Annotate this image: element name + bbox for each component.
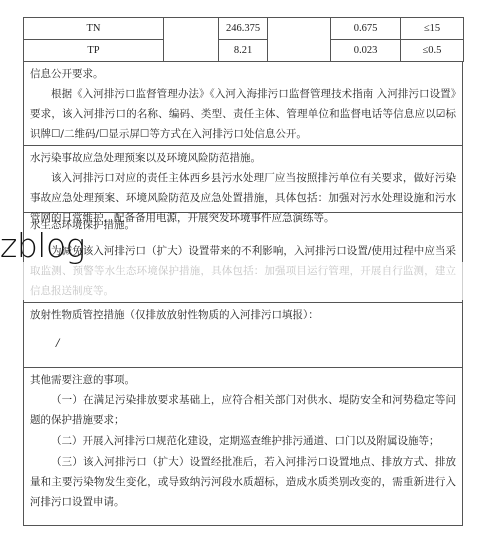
merged-cell — [164, 18, 219, 62]
section-emergency: 水污染事故应急处理预案以及环境风险防范措施。 该入河排污口对应的责任主体西乡县污… — [23, 146, 463, 213]
table-row: TN 246.375 0.675 ≤15 — [24, 18, 464, 40]
table-row: TP 8.21 0.023 ≤0.5 — [24, 40, 464, 62]
section-title: 水污染事故应急处理预案以及环境风险防范措施。 — [30, 148, 456, 168]
value1-cell: 246.375 — [219, 18, 268, 40]
section-info-disclosure: 信息公开要求。 根据《入河排污口监督管理办法》《入河入海排污口监督管理技术指南 … — [23, 62, 463, 146]
section-other: 其他需要注意的事项。 （一）在满足污染排放要求基础上，应符合相关部门对供水、堤防… — [23, 368, 463, 526]
list-item: （二）开展入河排污口规范化建设，定期巡查维护排污通道、口门以及附属设施等； — [30, 431, 456, 451]
value2-cell: 0.675 — [331, 18, 401, 40]
value2-cell: 0.023 — [331, 40, 401, 62]
merged-cell — [268, 18, 331, 62]
watermark-overlay — [0, 262, 500, 300]
list-item: （一）在满足污染排放要求基础上，应符合相关部门对供水、堤防安全和河势稳定等问题的… — [30, 390, 456, 430]
pollutant-table: TN 246.375 0.675 ≤15 TP 8.21 0.023 ≤0.5 — [23, 17, 464, 62]
section-title: 信息公开要求。 — [30, 64, 456, 84]
list-item: （三）该入河排污口（扩大）设置经批准后，若入河排污口设置地点、排放方式、排放量和… — [30, 452, 456, 512]
limit-cell: ≤15 — [401, 18, 464, 40]
section-radioactive: 放射性物质管控措施（仅排放放射性物质的入河排污口填报）： / — [23, 303, 463, 368]
param-cell: TN — [24, 18, 164, 40]
section-title: 放射性物质管控措施（仅排放放射性物质的入河排污口填报）： — [30, 305, 456, 325]
limit-cell: ≤0.5 — [401, 40, 464, 62]
param-cell: TP — [24, 40, 164, 62]
section-body: / — [30, 333, 456, 353]
section-title: 其他需要注意的事项。 — [30, 370, 456, 390]
watermark-text: zblog — [0, 226, 85, 266]
section-body: 根据《入河排污口监督管理办法》《入河入海排污口监督管理技术指南 入河排污口设置》… — [30, 84, 456, 144]
value1-cell: 8.21 — [219, 40, 268, 62]
